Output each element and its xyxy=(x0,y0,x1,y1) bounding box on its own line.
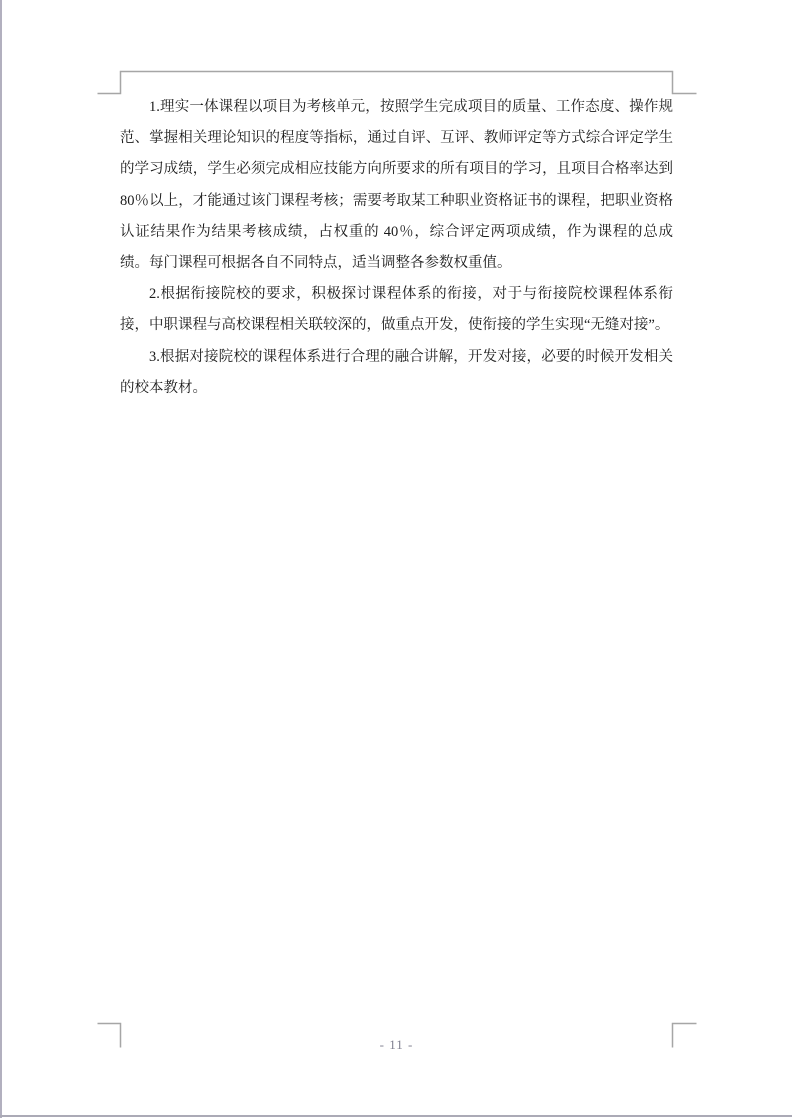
header-boundary-line xyxy=(98,72,697,94)
document-page: 1.理实一体课程以项目为考核单元，按照学生完成项目的质量、工作态度、操作规范、掌… xyxy=(0,0,792,1118)
bottom-right-crop-mark xyxy=(673,1024,697,1048)
paragraph-curriculum-articulation: 2.根据衔接院校的要求，积极探讨课程体系的衔接，对于与衔接院校课程体系衔接，中职… xyxy=(120,279,673,341)
paragraph-assessment-method: 1.理实一体课程以项目为考核单元，按照学生完成项目的质量、工作态度、操作规范、掌… xyxy=(120,92,673,279)
page-left-edge-line xyxy=(0,0,2,1118)
page-bottom-edge-line xyxy=(0,1115,792,1117)
page-footer: - 11 - xyxy=(120,1036,673,1054)
document-body: 1.理实一体课程以项目为考核单元，按照学生完成项目的质量、工作态度、操作规范、掌… xyxy=(120,92,673,404)
page-number: - 11 - xyxy=(380,1037,414,1052)
paragraph-school-textbooks: 3.根据对接院校的课程体系进行合理的融合讲解，开发对接，必要的时候开发相关的校本… xyxy=(120,342,673,404)
bottom-left-crop-mark xyxy=(98,1024,121,1048)
